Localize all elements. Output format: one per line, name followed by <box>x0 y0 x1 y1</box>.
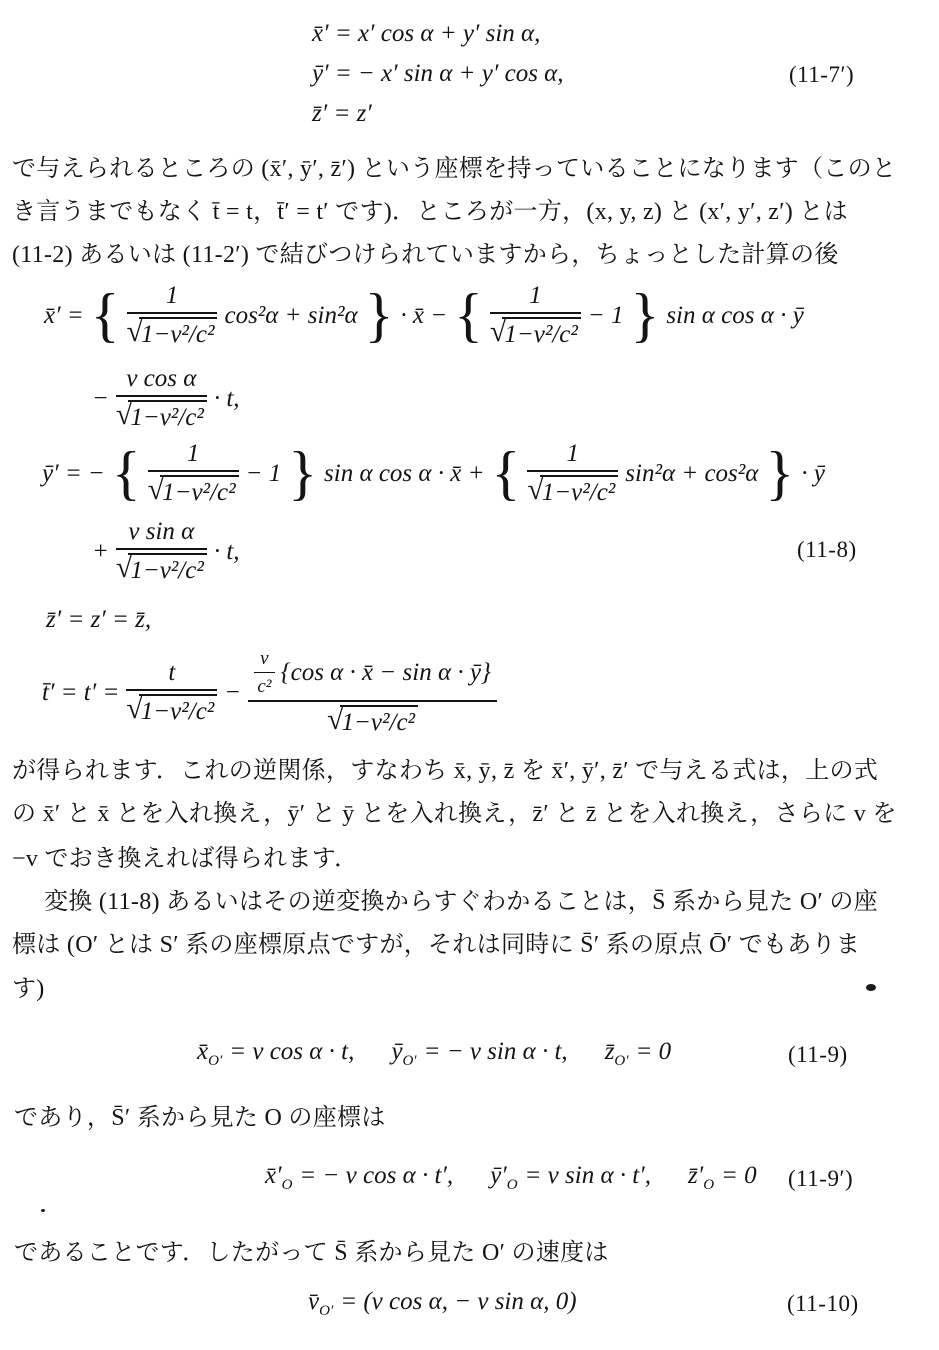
fraction: t √1−v²/c² <box>126 659 217 726</box>
math-var: z̄ <box>605 1038 615 1065</box>
math-text: sin²α + cos²α <box>625 460 758 488</box>
velocity-vector: v̄O′= (v cos α, − v sin α, 0) <box>308 1288 577 1319</box>
radical-icon: √ <box>527 476 543 503</box>
math-text: = v sin α · t′, <box>525 1162 651 1189</box>
coordinate-z: z̄′O= 0 <box>688 1162 757 1193</box>
radical-icon: √ <box>116 554 132 581</box>
right-brace: } <box>631 287 660 344</box>
numerator: v <box>254 648 274 672</box>
radical-icon: √ <box>490 318 506 345</box>
math-text: = v cos α · t, <box>229 1038 354 1065</box>
square-root: √1−v²/c² <box>527 475 618 507</box>
paragraph2-line1: が得られます．これの逆関係，すなわち x̄, ȳ, z̄ を x̄′, ȳ′, … <box>12 750 878 785</box>
square-root: √1−v²/c² <box>116 400 207 432</box>
paragraph3-line2: 標は (O′ とは S′ 系の座標原点ですが，それは同時に S̄′ 系の原点 Ō… <box>12 924 860 959</box>
math-var: ȳ <box>391 1038 402 1065</box>
math-text: − 1 <box>588 302 624 330</box>
square-root: √1−v²/c² <box>327 705 418 737</box>
equation-11-9-prime: x̄′O= − v cos α · t′, ȳ′O= v sin α · t′,… <box>265 1162 757 1193</box>
coordinate-x: x̄′O= − v cos α · t′, <box>265 1162 453 1193</box>
math-text: − <box>224 679 241 707</box>
denominator: √1−v²/c² <box>490 314 581 349</box>
radicand: 1−v²/c² <box>139 317 218 349</box>
left-brace: { <box>112 445 141 502</box>
math-text: · t, <box>214 538 240 566</box>
paragraph1-line3: (11-2) あるいは (11-2′) で結びつけられていますから，ちょっとした… <box>12 234 839 269</box>
radical-icon: √ <box>327 706 343 733</box>
ink-speck <box>866 984 876 991</box>
left-brace: { <box>91 287 120 344</box>
math-text: = − v cos α · t′, <box>299 1162 453 1189</box>
radical-icon: √ <box>148 476 164 503</box>
equation-11-9: x̄O′= v cos α · t, ȳO′= − v sin α · t, z… <box>197 1038 671 1069</box>
equation-label-11-10: (11-10) <box>787 1291 859 1317</box>
square-root: √1−v²/c² <box>490 317 581 349</box>
denominator: √1−v²/c² <box>127 314 218 349</box>
coordinate-y: ȳ′O= v sin α · t′, <box>490 1162 651 1193</box>
math-text: {cos α · x̄ − sin α · ȳ} <box>281 659 491 687</box>
subscript: O <box>282 1177 293 1193</box>
numerator: 1 <box>561 440 586 470</box>
left-brace: { <box>454 287 483 344</box>
square-root: √1−v²/c² <box>116 553 207 585</box>
equation-11-7-line3: z̄′ = z′ <box>312 100 372 128</box>
denominator: √1−v²/c² <box>126 691 217 726</box>
math-text: = 0 <box>636 1038 672 1065</box>
math-text: z̄′ = z′ = z̄, <box>46 606 151 634</box>
denominator: √1−v²/c² <box>116 397 207 432</box>
equation-label-11-9-prime: (11-9′) <box>788 1166 853 1192</box>
numerator: 1 <box>160 282 185 312</box>
math-text: = (v cos α, − v sin α, 0) <box>340 1288 576 1315</box>
right-brace: } <box>765 445 794 502</box>
math-text: · ȳ <box>801 460 825 488</box>
math-text: = 0 <box>721 1162 757 1189</box>
radical-icon: √ <box>116 401 132 428</box>
paragraph3-line3: す) <box>12 968 45 1003</box>
math-text: ȳ′ = − x′ sin α + y′ cos α, <box>312 60 564 88</box>
numerator: 1 <box>523 282 548 312</box>
math-text: − <box>92 385 109 413</box>
equation-11-7-line2: ȳ′ = − x′ sin α + y′ cos α, <box>312 60 564 88</box>
paragraph1-line2: き言うまでもなく t̄ = t，t̄′ = t′ です)．ところが一方，(x, … <box>12 191 848 226</box>
math-text: · x̄ − <box>400 302 447 330</box>
text-line-9a: であり，S̄′ 系から見た O の座標は <box>14 1097 386 1132</box>
right-brace: } <box>365 287 394 344</box>
radicand: 1−v²/c² <box>502 317 581 349</box>
math-var: x̄ <box>197 1038 208 1065</box>
radical-icon: √ <box>126 695 142 722</box>
math-lhs: x̄′ = <box>44 302 84 330</box>
paragraph3-line1: 変換 (11-8) あるいはその逆変換からすぐわかることは，S̄ 系から見た O… <box>44 881 878 916</box>
math-text: − 1 <box>246 460 282 488</box>
coordinate-y: ȳO′= − v sin α · t, <box>391 1038 567 1069</box>
subscript: O <box>507 1177 518 1193</box>
equation-11-10: v̄O′= (v cos α, − v sin α, 0) <box>308 1288 577 1319</box>
denominator: c² <box>257 673 271 698</box>
math-var: x̄′ <box>265 1162 282 1189</box>
paragraph1-line1: で与えられるところの (x̄′, ȳ′, z̄′) という座標を持っていることに… <box>12 148 896 183</box>
math-var: z̄′ <box>688 1162 703 1189</box>
text-line-9b: であることです．したがって S̄ 系から見た O′ の速度は <box>14 1232 609 1267</box>
radical-icon: √ <box>127 318 143 345</box>
equation-11-8-y-line1: ȳ′ = − { 1 √1−v²/c² − 1 } sin α cos α · … <box>42 440 825 507</box>
equation-11-8-z: z̄′ = z′ = z̄, <box>46 606 151 634</box>
fraction: 1 √1−v²/c² <box>127 282 218 349</box>
denominator: √1−v²/c² <box>116 550 207 585</box>
fraction: 1 √1−v²/c² <box>527 440 618 507</box>
fraction: v cos α √1−v²/c² <box>116 365 207 432</box>
denominator: √1−v²/c² <box>148 472 239 507</box>
fraction: v c² <box>254 648 274 698</box>
square-root: √1−v²/c² <box>127 317 218 349</box>
radicand: 1−v²/c² <box>128 400 207 432</box>
math-text: sin α cos α · x̄ + <box>324 460 484 488</box>
numerator: v c² {cos α · x̄ − sin α · ȳ} <box>248 648 497 700</box>
denominator: √1−v²/c² <box>527 472 618 507</box>
fraction: 1 √1−v²/c² <box>148 440 239 507</box>
subscript: O′ <box>402 1053 416 1069</box>
numerator: v cos α <box>120 365 202 395</box>
fraction: 1 √1−v²/c² <box>490 282 581 349</box>
math-text: z̄′ = z′ <box>312 100 372 128</box>
subscript: O′ <box>208 1053 222 1069</box>
subscript: O′ <box>319 1303 333 1319</box>
right-brace: } <box>288 445 317 502</box>
fraction: v sin α √1−v²/c² <box>116 518 207 585</box>
math-text: sin α cos α · ȳ <box>666 302 803 330</box>
radicand: 1−v²/c² <box>540 475 619 507</box>
numerator: 1 <box>181 440 206 470</box>
math-text: · t, <box>214 385 240 413</box>
numerator: t <box>162 659 181 689</box>
equation-11-8-t: t̄′ = t′ = t √1−v²/c² − v c² {cos α · x̄… <box>42 648 497 737</box>
textbook-page: x̄′ = x′ cos α + y′ sin α, ȳ′ = − x′ sin… <box>0 0 939 1350</box>
paragraph2-line2: の x̄′ と x̄ とを入れ換え，ȳ′ と ȳ とを入れ換え，z̄′ と z̄… <box>12 793 897 828</box>
math-lhs: ȳ′ = − <box>42 460 105 488</box>
equation-label-11-9: (11-9) <box>788 1042 848 1068</box>
ink-speck <box>41 1209 45 1212</box>
radicand: 1−v²/c² <box>139 694 218 726</box>
numerator: v sin α <box>122 518 200 548</box>
equation-label-11-8: (11-8) <box>797 537 857 563</box>
math-text: cos²α + sin²α <box>224 302 357 330</box>
left-brace: { <box>492 445 521 502</box>
radicand: 1−v²/c² <box>128 553 207 585</box>
radicand: 1−v²/c² <box>160 475 239 507</box>
square-root: √1−v²/c² <box>148 475 239 507</box>
radicand: 1−v²/c² <box>340 705 419 737</box>
equation-label-11-7: (11-7′) <box>789 62 854 88</box>
math-text: + <box>92 538 109 566</box>
square-root: √1−v²/c² <box>126 694 217 726</box>
equation-11-8-x-line1: x̄′ = { 1 √1−v²/c² cos²α + sin²α } · x̄ … <box>44 282 804 349</box>
math-text: x̄′ = x′ cos α + y′ sin α, <box>312 20 540 48</box>
equation-11-7-line1: x̄′ = x′ cos α + y′ sin α, <box>312 20 540 48</box>
math-var: v̄ <box>308 1288 319 1315</box>
coordinate-z: z̄O′= 0 <box>605 1038 671 1069</box>
math-lhs: t̄′ = t′ = <box>42 679 119 707</box>
paragraph2-line3: −v でおき換えれば得られます． <box>12 838 358 873</box>
math-text: = − v sin α · t, <box>424 1038 568 1065</box>
denominator: √1−v²/c² <box>327 702 418 737</box>
subscript: O <box>703 1177 714 1193</box>
fraction: v c² {cos α · x̄ − sin α · ȳ} √1−v²/c² <box>248 648 497 737</box>
equation-11-8-y-line2: + v sin α √1−v²/c² · t, <box>92 518 240 585</box>
coordinate-x: x̄O′= v cos α · t, <box>197 1038 354 1069</box>
equation-11-8-x-line2: − v cos α √1−v²/c² · t, <box>92 365 240 432</box>
subscript: O′ <box>614 1053 628 1069</box>
math-var: ȳ′ <box>490 1162 507 1189</box>
